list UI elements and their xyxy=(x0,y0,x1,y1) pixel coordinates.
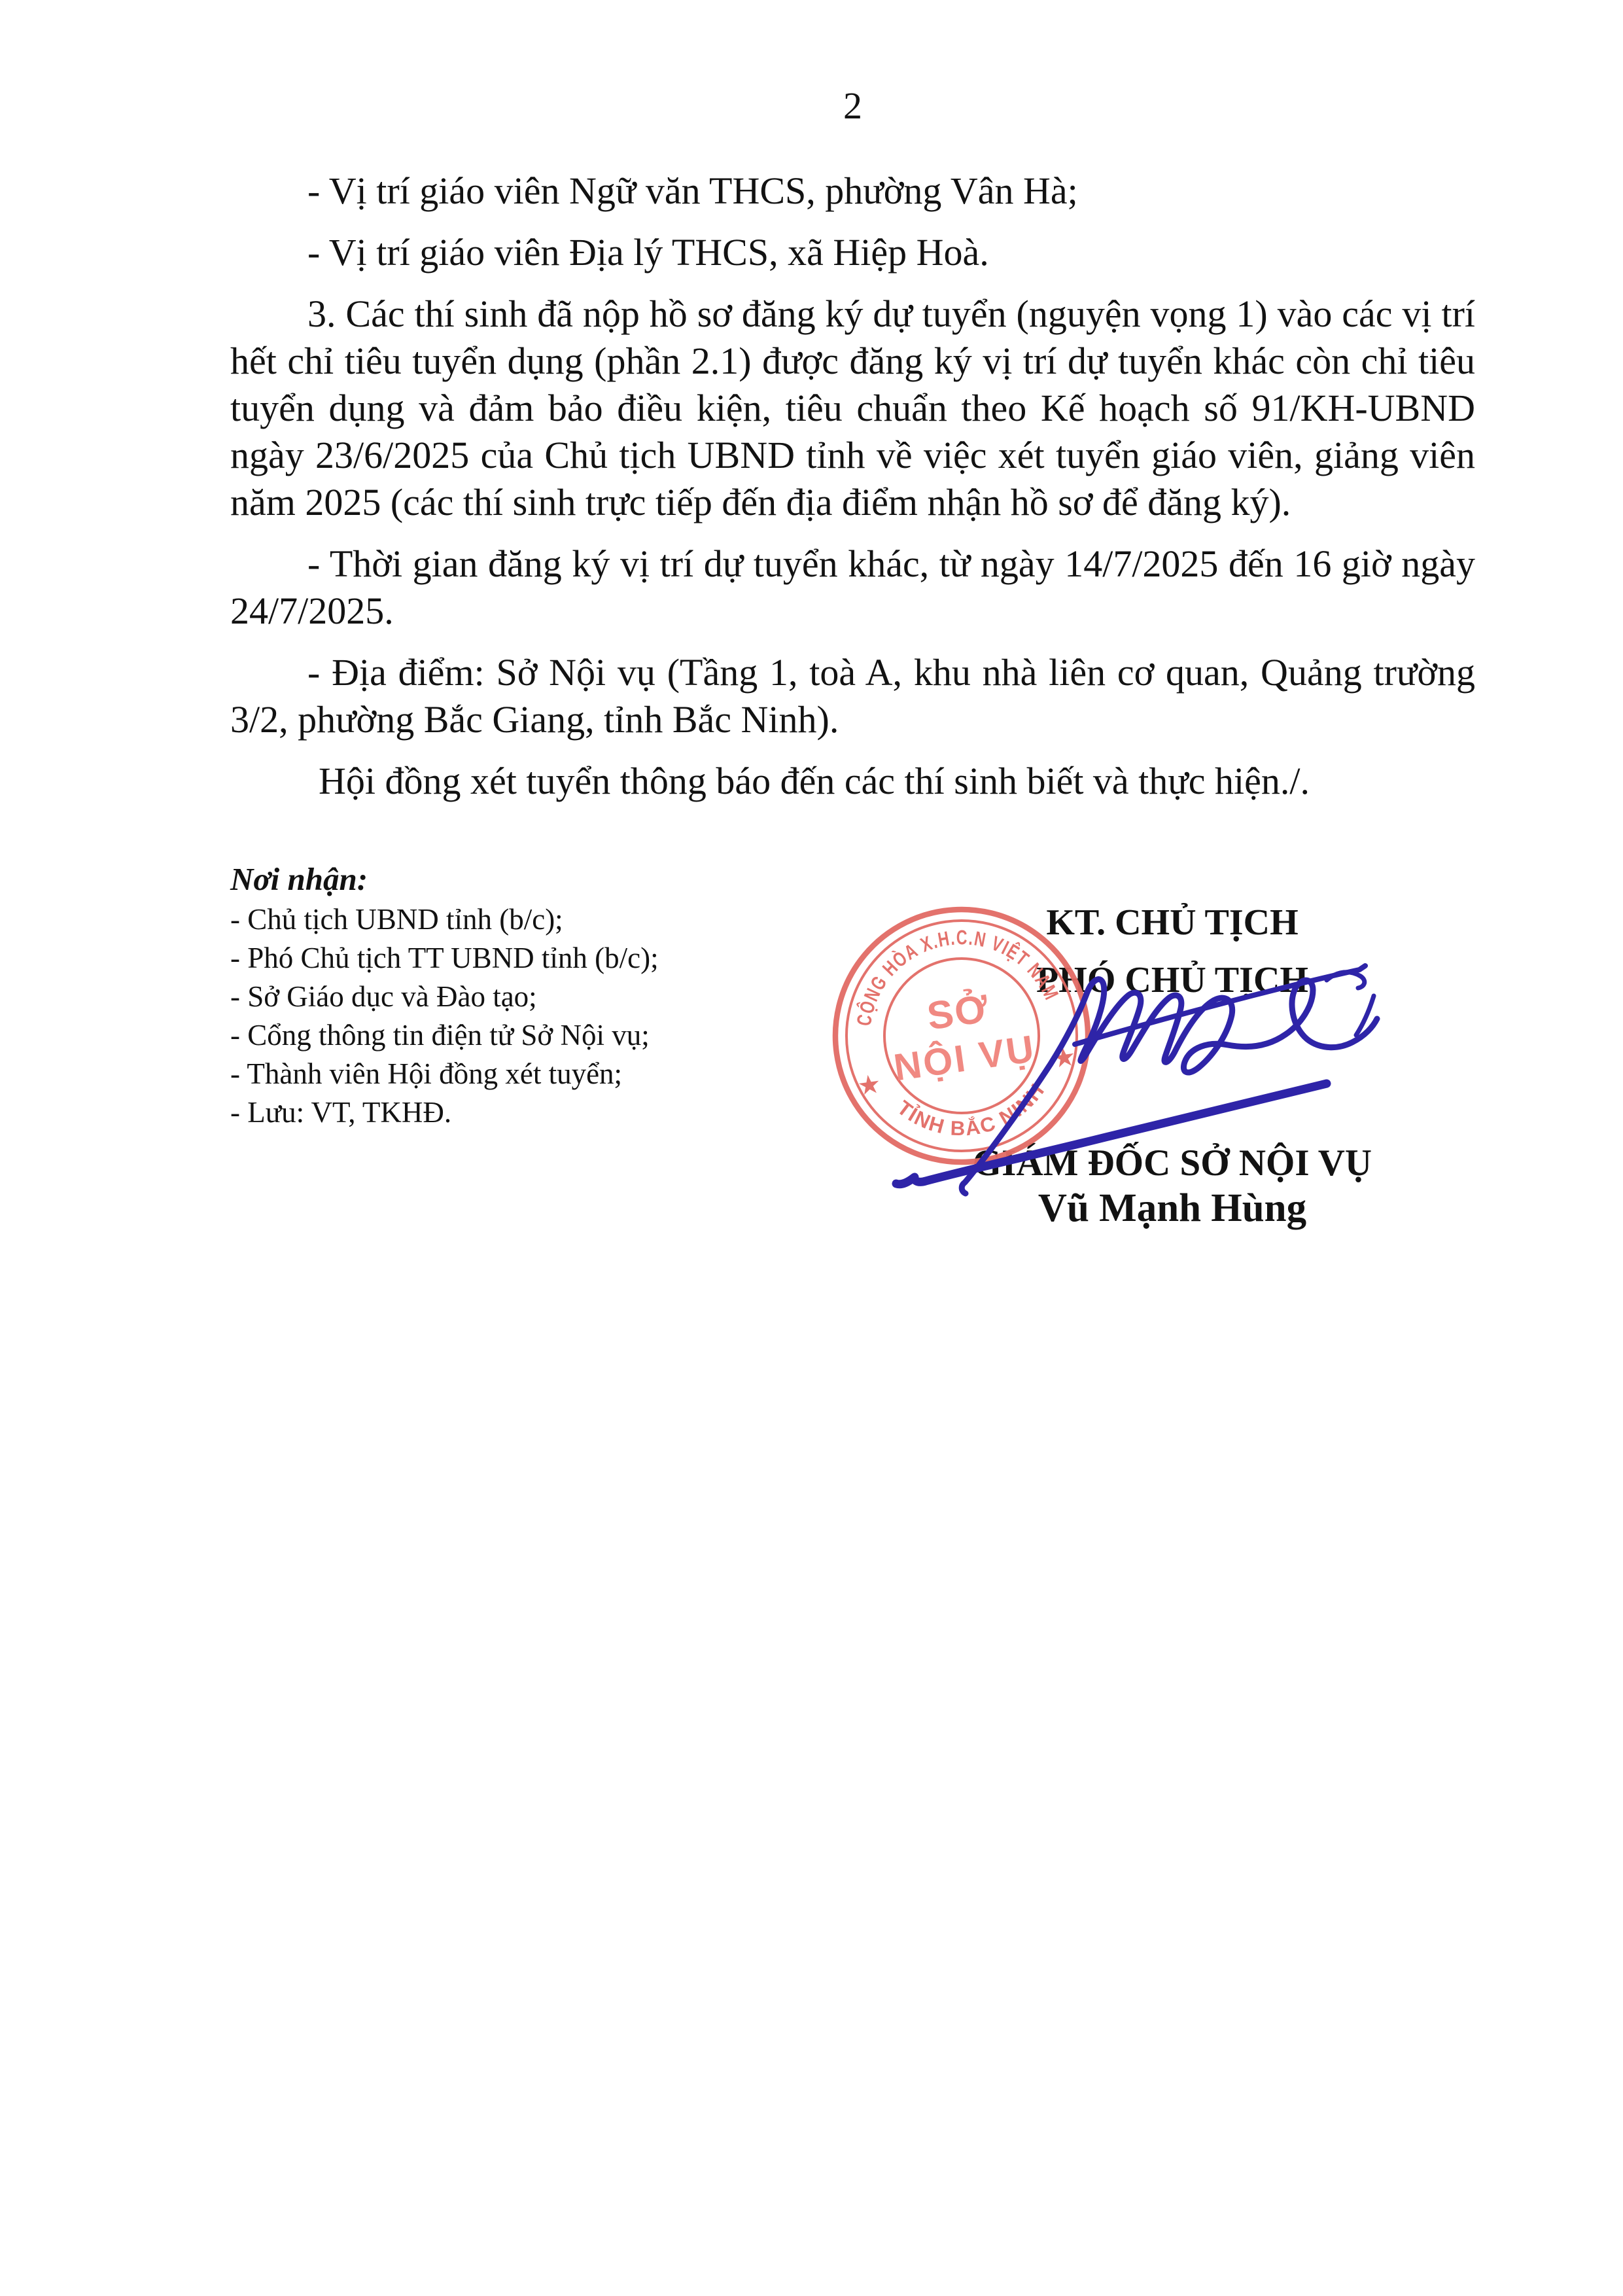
recipient-item: - Lưu: VT, TKHĐ. xyxy=(230,1093,852,1132)
bullet-position-1: - Vị trí giáo viên Ngữ văn THCS, phường … xyxy=(230,168,1475,215)
recipient-item: - Cổng thông tin điện tử Sở Nội vụ; xyxy=(230,1016,852,1055)
bullet-position-2: - Vị trí giáo viên Địa lý THCS, xã Hiệp … xyxy=(230,229,1475,276)
recipient-item: - Chủ tịch UBND tỉnh (b/c); xyxy=(230,900,852,939)
document-page: 2 - Vị trí giáo viên Ngữ văn THCS, phườn… xyxy=(0,0,1623,2296)
recipient-item: - Thành viên Hội đồng xét tuyển; xyxy=(230,1055,852,1093)
paragraph-3: 3. Các thí sinh đã nộp hồ sơ đăng ký dự … xyxy=(230,291,1475,526)
recipients-title: Nơi nhận: xyxy=(230,858,852,900)
recipient-item: - Sở Giáo dục và Đào tạo; xyxy=(230,978,852,1016)
recipients-block: Nơi nhận: - Chủ tịch UBND tỉnh (b/c); - … xyxy=(230,858,852,1132)
page-number: 2 xyxy=(230,82,1475,130)
paragraph-time: - Thời gian đăng ký vị trí dự tuyển khác… xyxy=(230,540,1475,635)
recipient-item: - Phó Chủ tịch TT UBND tỉnh (b/c); xyxy=(230,939,852,978)
paragraph-closing: Hội đồng xét tuyển thông báo đến các thí… xyxy=(230,758,1475,805)
paragraph-place: - Địa điểm: Sở Nội vụ (Tầng 1, toà A, kh… xyxy=(230,649,1475,743)
document-body: 2 - Vị trí giáo viên Ngữ văn THCS, phườn… xyxy=(0,0,1623,805)
signature-underline-stroke xyxy=(896,1084,1327,1184)
signature-graphic xyxy=(877,916,1544,1243)
handwritten-signature xyxy=(877,916,1544,1243)
